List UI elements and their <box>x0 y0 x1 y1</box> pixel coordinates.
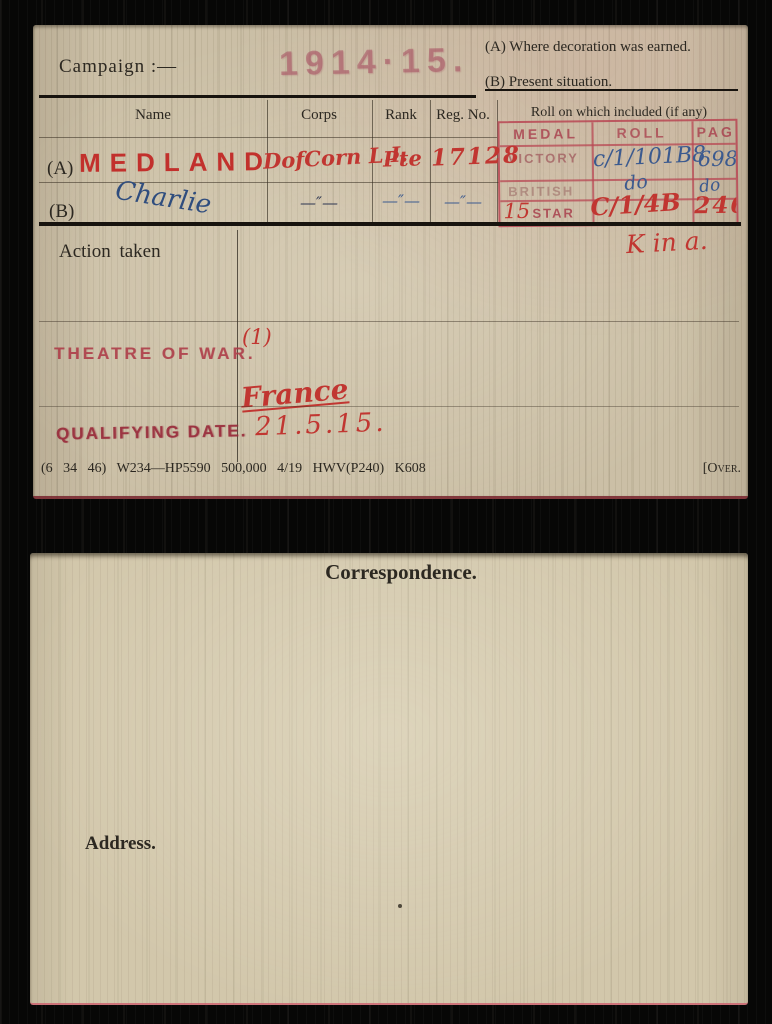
medal-table-header-roll: ROLL <box>591 124 691 141</box>
correspondence-title: Correspondence. <box>30 560 748 585</box>
column-header-name: Name <box>73 107 233 124</box>
over-note: [Over. <box>703 461 741 477</box>
victory-roll-value: c/1/101B8 <box>592 142 706 172</box>
theatre-of-war-stamp: THEATRE OF WAR. <box>54 344 255 364</box>
header-underline <box>39 137 497 138</box>
victory-page-value: 698 <box>698 147 738 171</box>
campaign-rule <box>39 95 476 98</box>
theatre-top-rule <box>39 321 739 322</box>
column-header-rank: Rank <box>373 107 429 124</box>
column-header-corps: Corps <box>269 107 369 124</box>
star-roll-value: C/1/4B <box>590 187 682 222</box>
soldier-surname: MEDLAND <box>79 146 272 179</box>
column-header-reg-no: Reg. No. <box>431 107 495 124</box>
qualifying-top-rule <box>39 406 739 407</box>
medal-card-front: Campaign :— 1914·15. (A) Where decoratio… <box>33 25 748 499</box>
campaign-label: Campaign :— <box>59 56 177 78</box>
row-b-label: (B) <box>49 201 74 223</box>
printer-code: (6 34 46) W234—HP5590 500,000 4/19 HWV(P… <box>41 461 426 477</box>
qualifying-date-stamp: QUALIFYING DATE. <box>56 421 248 444</box>
rows-bottom-rule <box>39 222 741 226</box>
note-where-decoration-earned: (A) Where decoration was earned. <box>485 39 691 56</box>
corps-ditto-mark: —″— <box>269 193 369 212</box>
notes-rule <box>485 89 738 91</box>
rank-ditto-mark: —″— <box>373 191 429 210</box>
row-a-underline <box>39 182 499 183</box>
action-taken-label: Action taken <box>59 241 161 263</box>
campaign-stamp-1914-15: 1914·15. <box>279 41 470 84</box>
soldier-rank: Pte <box>383 145 423 171</box>
medal-roll-stamp-table: MEDAL ROLL PAGE VICTORY BRITISH 15 STAR … <box>497 119 738 228</box>
star-page-value: 246 <box>694 192 738 220</box>
medal-british-label: BRITISH <box>508 183 574 199</box>
medal-star-prefix-15: 15 <box>503 199 530 223</box>
soldier-reg-no: 17128 <box>431 141 522 171</box>
row-a-label: (A) <box>47 158 73 180</box>
theatre-number: (1) <box>242 325 272 349</box>
reg-ditto-mark: —″— <box>431 192 495 211</box>
killed-in-action-note: K in a. <box>625 226 708 259</box>
medal-table-header-medal: MEDAL <box>500 125 592 142</box>
ink-speck <box>398 904 402 908</box>
medal-table-header-page: PAGE <box>696 124 738 141</box>
medal-star-label: STAR <box>532 205 575 220</box>
medal-card-back: Correspondence. Address. <box>30 553 748 1005</box>
address-label: Address. <box>85 833 156 855</box>
qualifying-date-value: 21.5.15. <box>255 408 387 443</box>
theatre-value-france: France <box>240 372 350 414</box>
